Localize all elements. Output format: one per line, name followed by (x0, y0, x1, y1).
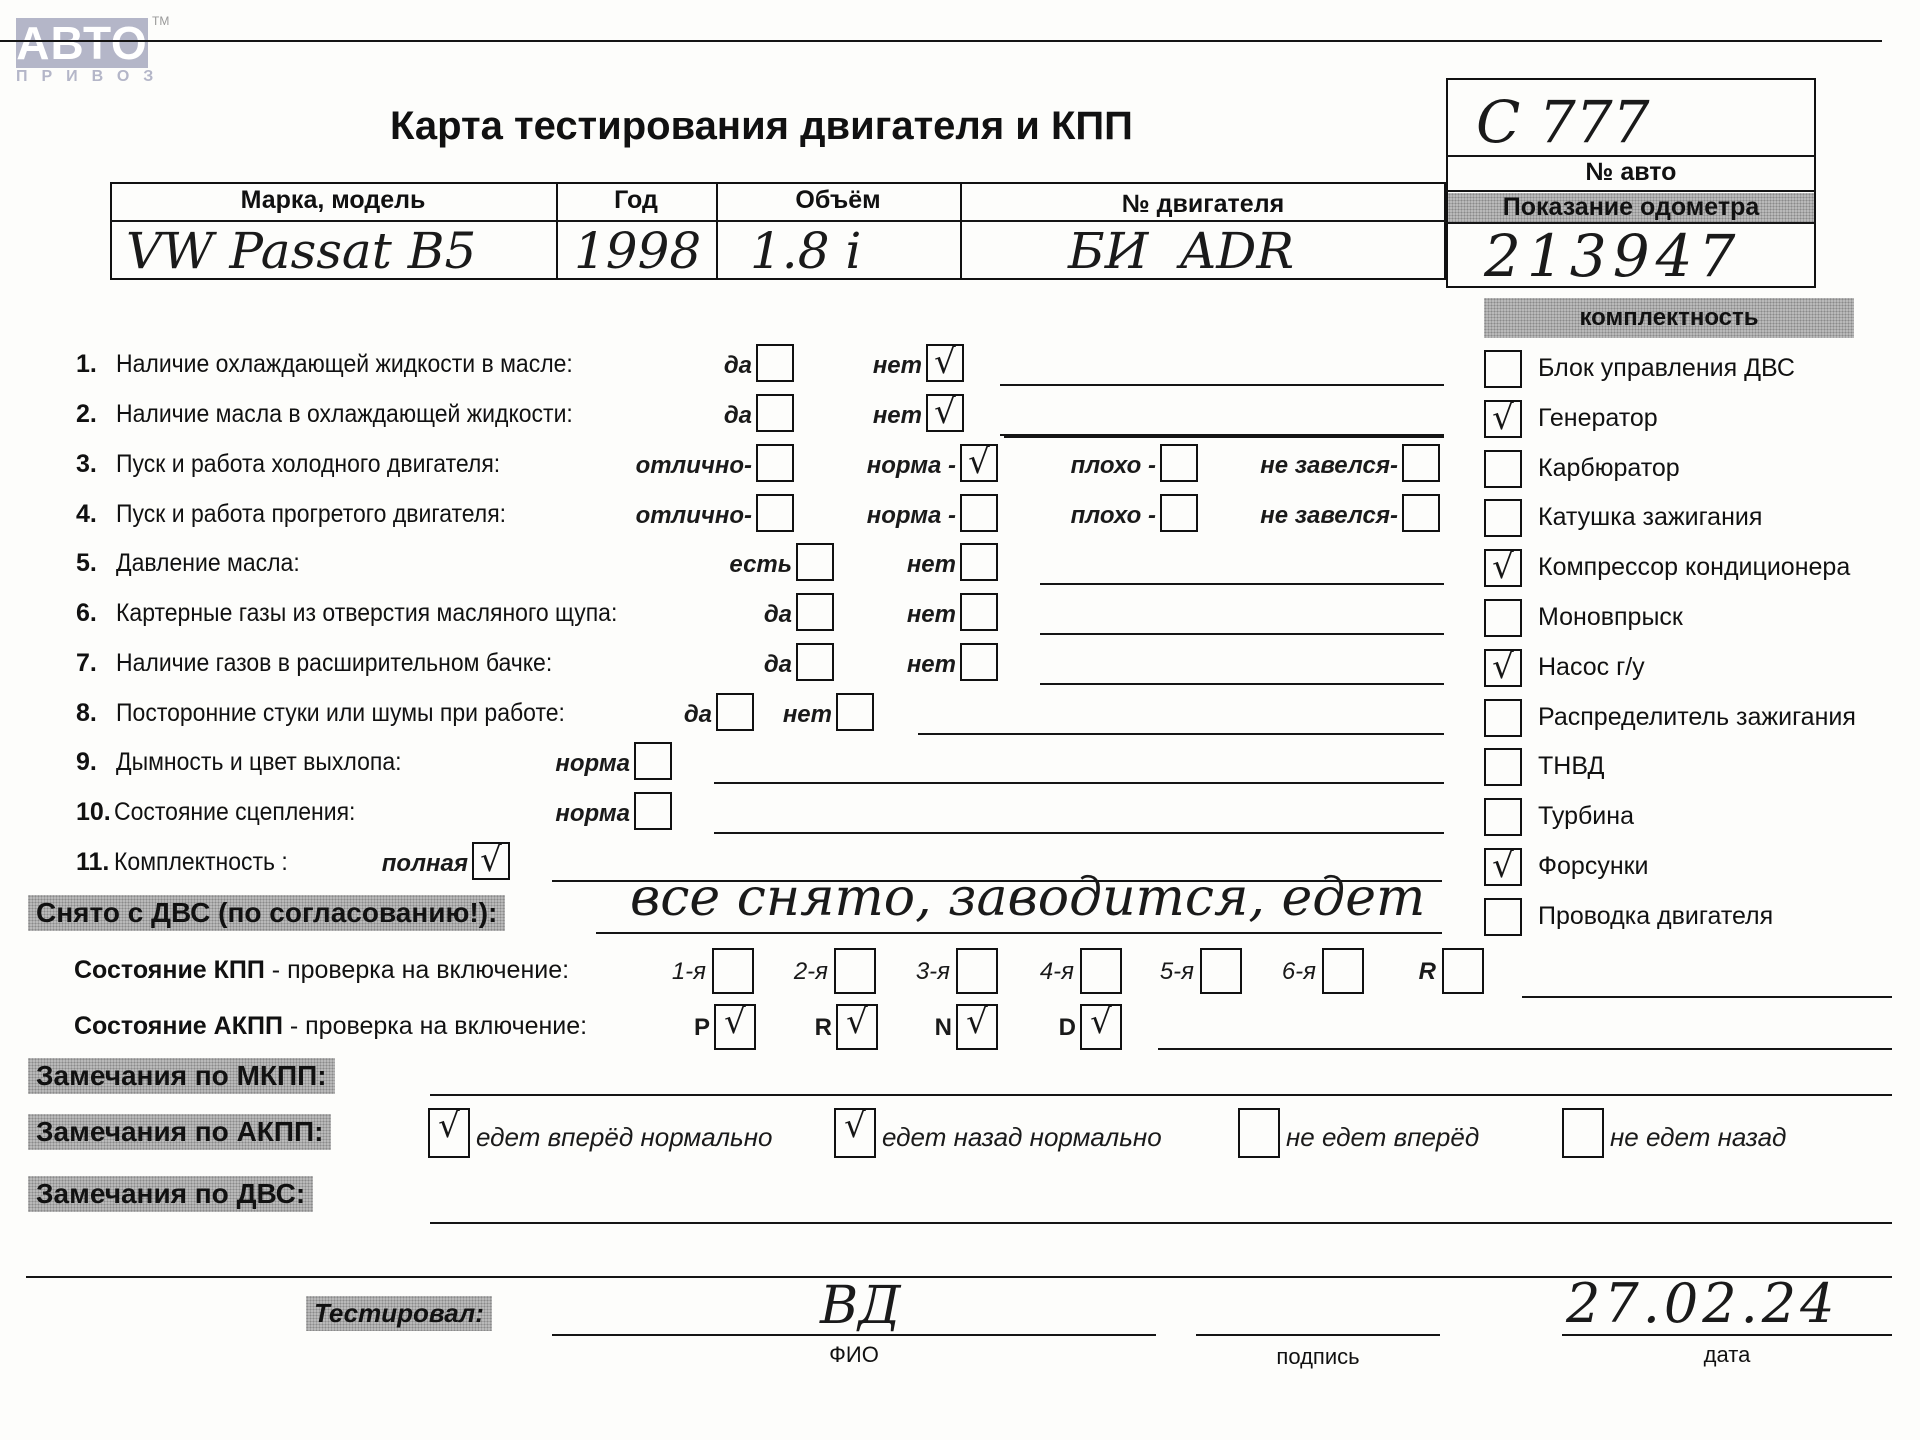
check-option-checkbox[interactable] (1160, 494, 1198, 532)
col-header-volume: Объём (716, 186, 960, 215)
top-rule (0, 40, 1882, 42)
completeness-checkbox[interactable]: √ (1484, 848, 1522, 886)
checkmark-icon: √ (1486, 844, 1520, 888)
check-number: 3. (76, 450, 97, 479)
akpp-state-label: Состояние АКПП - проверка на включение: (74, 1012, 587, 1041)
year-value[interactable]: 1998 (574, 222, 701, 280)
check-label: Дымность и цвет выхлопа: (116, 748, 402, 777)
check-option-checkbox[interactable] (796, 593, 834, 631)
col-header-make-model: Марка, модель (110, 186, 556, 215)
completeness-item-label: Проводка двигателя (1538, 902, 1773, 931)
engine-number-value[interactable]: БИ ADR (1068, 222, 1294, 280)
akpp-remark-label: не едет вперёд (1286, 1122, 1479, 1153)
check-option-checkbox[interactable] (1402, 494, 1440, 532)
odometer-value[interactable]: 213947 (1484, 222, 1741, 290)
check-label: Посторонние стуки или шумы при работе: (116, 699, 565, 728)
option-label: да (724, 352, 752, 380)
note-line (918, 733, 1444, 735)
akpp-mode-label: D (1059, 1014, 1076, 1042)
akpp-remark-checkbox[interactable] (1562, 1108, 1604, 1158)
akpp-label-bold: Состояние АКПП (74, 1012, 283, 1040)
check-label: Наличие охлаждающей жидкости в масле: (116, 350, 573, 379)
check-option-checkbox[interactable] (756, 394, 794, 432)
tested-by-label: Тестировал: (306, 1296, 492, 1331)
checkmark-icon: √ (716, 1000, 754, 1044)
checkmark-icon: √ (962, 440, 996, 484)
completeness-item-label: Моновпрыск (1538, 603, 1683, 632)
checkmark-icon: √ (958, 1000, 996, 1044)
completeness-checkbox[interactable] (1484, 599, 1522, 637)
mkpp-state-label: Состояние КПП - проверка на включение: (74, 956, 569, 985)
completeness-item-label: Карбюратор (1538, 454, 1680, 483)
checkmark-icon: √ (474, 838, 508, 882)
check-option-checkbox[interactable] (756, 344, 794, 382)
name-caption: ФИО (552, 1342, 1156, 1368)
gear-label: 5-я (1160, 958, 1194, 986)
akpp-mode-checkbox[interactable]: √ (714, 1004, 756, 1050)
mkpp-label-rest: - проверка на включение: (265, 956, 569, 984)
akpp-label-rest: - проверка на включение: (283, 1012, 587, 1040)
option-label: да (684, 701, 712, 729)
remarks-dvs-label: Замечания по ДВС: (28, 1176, 313, 1212)
gear-checkbox[interactable] (834, 948, 876, 994)
option-label: нет (907, 601, 956, 629)
note-line (1000, 384, 1444, 386)
completeness-item-label: Компрессор кондиционера (1538, 553, 1850, 582)
make-model-value[interactable]: VW Passat B5 (126, 222, 476, 280)
divider (1446, 190, 1816, 192)
gear-checkbox[interactable] (1322, 948, 1364, 994)
check-option-checkbox[interactable] (756, 444, 794, 482)
checkmark-icon: √ (928, 340, 962, 384)
gear-checkbox[interactable] (1200, 948, 1242, 994)
akpp-note-line (1158, 1048, 1892, 1050)
option-label: норма (555, 750, 630, 778)
check-option-checkbox[interactable] (634, 792, 672, 830)
completeness-item-label: Форсунки (1538, 852, 1649, 881)
check-number: 6. (76, 599, 97, 628)
completeness-checkbox[interactable] (1484, 898, 1522, 936)
check-option-checkbox[interactable] (756, 494, 794, 532)
gear-label: 1-я (672, 958, 706, 986)
gear-label: R (1419, 958, 1436, 986)
note-line (1040, 583, 1444, 585)
check-option-checkbox[interactable] (1160, 444, 1198, 482)
check-option-checkbox[interactable] (1402, 444, 1440, 482)
gear-label: 6-я (1282, 958, 1316, 986)
remarks-dvs-line (430, 1222, 1892, 1224)
signature-line[interactable] (1196, 1334, 1440, 1336)
remarks-mkpp-label: Замечания по МКПП: (28, 1058, 335, 1094)
check-number: 5. (76, 549, 97, 578)
completeness-item-label: Блок управления ДВС (1538, 354, 1795, 383)
checkmark-icon: √ (1486, 545, 1520, 589)
checkmark-icon: √ (838, 1000, 876, 1044)
option-label: да (764, 601, 792, 629)
gear-checkbox[interactable] (956, 948, 998, 994)
check-option-checkbox[interactable] (836, 693, 874, 731)
completeness-checkbox[interactable]: √ (1484, 549, 1522, 587)
check-option-checkbox[interactable] (716, 693, 754, 731)
gear-checkbox[interactable] (1080, 948, 1122, 994)
completeness-checkbox[interactable] (1484, 350, 1522, 388)
completeness-checkbox[interactable] (1484, 798, 1522, 836)
option-label: плохо - (1071, 452, 1156, 480)
akpp-mode-checkbox[interactable]: √ (1080, 1004, 1122, 1050)
removed-line-bottom (596, 932, 1442, 934)
option-label: есть (729, 551, 792, 579)
check-number: 7. (76, 649, 97, 678)
check-number: 4. (76, 500, 97, 529)
logo-subtitle: ПРИВОЗ (16, 68, 167, 86)
check-label: Наличие газов в расширительном бачке: (116, 649, 552, 678)
date-caption: дата (1562, 1342, 1892, 1368)
form-title: Карта тестирования двигателя и КПП (390, 104, 1133, 149)
completeness-item-label: Насос г/у (1538, 653, 1645, 682)
completeness-checkbox[interactable] (1484, 699, 1522, 737)
checkmark-icon: √ (836, 1104, 874, 1148)
check-option-checkbox[interactable] (796, 543, 834, 581)
check-option-checkbox[interactable]: √ (472, 842, 510, 880)
checkmark-icon: √ (928, 390, 962, 434)
odometer-label: Показание одометра (1448, 193, 1814, 222)
note-line (1040, 683, 1444, 685)
akpp-remark-label: не едет назад (1610, 1122, 1786, 1153)
completeness-item-label: ТНВД (1538, 752, 1604, 781)
gear-checkbox[interactable] (1442, 948, 1484, 994)
check-number: 2. (76, 400, 97, 429)
akpp-mode-label: R (815, 1014, 832, 1042)
akpp-mode-label: N (935, 1014, 952, 1042)
name-line (552, 1334, 1156, 1336)
completeness-checkbox[interactable]: √ (1484, 400, 1522, 438)
option-label: норма - (867, 502, 956, 530)
completeness-checkbox[interactable] (1484, 748, 1522, 786)
check-label: Пуск и работа прогретого двигателя: (116, 500, 506, 529)
option-label: нет (783, 701, 832, 729)
akpp-mode-checkbox[interactable]: √ (836, 1004, 878, 1050)
completeness-item-label: Генератор (1538, 404, 1658, 433)
check-option-checkbox[interactable] (960, 643, 998, 681)
check-option-checkbox[interactable] (960, 593, 998, 631)
check-option-checkbox[interactable] (634, 742, 672, 780)
check-label: Картерные газы из отверстия масляного щу… (116, 599, 617, 628)
akpp-remark-label: едет вперёд нормально (476, 1122, 772, 1153)
option-label: плохо - (1071, 502, 1156, 530)
option-label: не завелся- (1260, 452, 1398, 480)
akpp-mode-label: P (694, 1014, 710, 1042)
check-number: 10. (76, 798, 111, 827)
note-line (714, 782, 1444, 784)
completeness-item-label: Катушка зажигания (1538, 503, 1762, 532)
completeness-item-label: Распределитель зажигания (1538, 703, 1856, 732)
check-number: 9. (76, 748, 97, 777)
option-label: отлично- (636, 452, 752, 480)
check-label: Комплектность : (114, 848, 288, 877)
checkmark-icon: √ (430, 1104, 468, 1148)
date-value[interactable]: 27.02.24 (1566, 1272, 1838, 1335)
akpp-remark-checkbox[interactable] (1238, 1108, 1280, 1158)
logo: АВТО (16, 18, 148, 68)
tester-name-value[interactable]: ВД (820, 1276, 901, 1336)
check-label: Давление масла: (116, 549, 300, 578)
checkmark-icon: √ (1486, 645, 1520, 689)
option-label: не завелся- (1260, 502, 1398, 530)
completeness-checkbox[interactable] (1484, 450, 1522, 488)
check-label: Состояние сцепления: (114, 798, 355, 827)
check-number: 1. (76, 350, 97, 379)
checkmark-icon: √ (1486, 396, 1520, 440)
check-option-checkbox[interactable] (960, 543, 998, 581)
check-label: Наличие масла в охлаждающей жидкости: (116, 400, 573, 429)
akpp-mode-checkbox[interactable]: √ (956, 1004, 998, 1050)
note-line (1004, 436, 1444, 438)
option-label: норма (555, 800, 630, 828)
col-header-engine-no: № двигателя (960, 190, 1446, 219)
option-label: нет (873, 352, 922, 380)
gear-label: 3-я (916, 958, 950, 986)
removed-label: Снято с ДВС (по согласованию!): (28, 895, 505, 931)
date-line (1562, 1334, 1892, 1336)
remarks-mkpp-line (430, 1094, 1892, 1096)
akpp-remark-checkbox[interactable]: √ (834, 1108, 876, 1158)
signature-caption: подпись (1196, 1344, 1440, 1370)
check-label: Пуск и работа холодного двигателя: (116, 450, 500, 479)
car-number-value[interactable]: C 777 (1476, 88, 1650, 156)
check-option-checkbox[interactable] (960, 494, 998, 532)
option-label: да (764, 651, 792, 679)
check-option-checkbox[interactable]: √ (926, 394, 964, 432)
option-label: нет (873, 402, 922, 430)
check-option-checkbox[interactable]: √ (960, 444, 998, 482)
gear-checkbox[interactable] (712, 948, 754, 994)
gear-label: 4-я (1040, 958, 1074, 986)
completeness-checkbox[interactable]: √ (1484, 649, 1522, 687)
col-header-year: Год (556, 186, 716, 215)
option-label: нет (907, 551, 956, 579)
option-label: да (724, 402, 752, 430)
note-line (1040, 633, 1444, 635)
volume-value[interactable]: 1.8 i (750, 222, 861, 280)
removed-handwritten[interactable]: все снято, заводится, едет (630, 868, 1425, 928)
completeness-item-label: Турбина (1538, 802, 1634, 831)
option-label: полная (382, 850, 468, 878)
gear-label: 2-я (794, 958, 828, 986)
completeness-checkbox[interactable] (1484, 499, 1522, 537)
mkpp-note-line (1522, 996, 1892, 998)
mkpp-label-bold: Состояние КПП (74, 956, 265, 984)
check-option-checkbox[interactable]: √ (926, 344, 964, 382)
check-number: 11. (76, 848, 109, 877)
akpp-remark-checkbox[interactable]: √ (428, 1108, 470, 1158)
check-option-checkbox[interactable] (796, 643, 834, 681)
note-line (714, 832, 1444, 834)
checkmark-icon: √ (1082, 1000, 1120, 1044)
option-label: отлично- (636, 502, 752, 530)
check-number: 8. (76, 699, 97, 728)
option-label: норма - (867, 452, 956, 480)
akpp-remark-label: едет назад нормально (882, 1122, 1162, 1153)
option-label: нет (907, 651, 956, 679)
trademark-mark: TM (152, 14, 169, 28)
car-number-label: № авто (1446, 158, 1816, 187)
remarks-akpp-label: Замечания по АКПП: (28, 1114, 331, 1150)
completeness-title: комплектность (1484, 298, 1854, 338)
